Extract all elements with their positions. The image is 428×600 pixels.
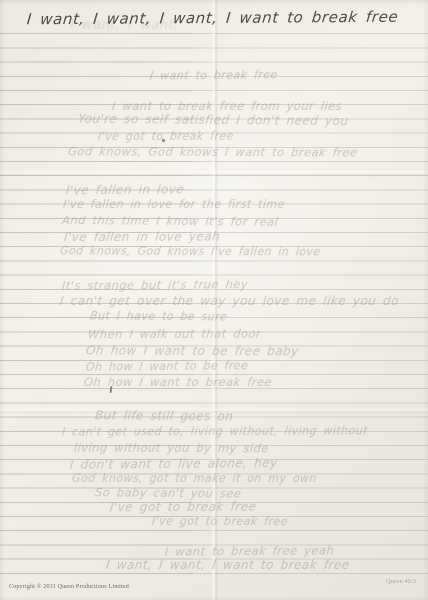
faint-lyric-line: But I have to be sure bbox=[89, 309, 228, 323]
copyright-text: Copyright © 2011 Queen Productions Limit… bbox=[9, 584, 129, 590]
faint-lyric-line: I've got to break free bbox=[109, 500, 257, 515]
faint-lyric-line: It's strange but it's true hey bbox=[61, 277, 249, 293]
faint-lyric-line: God knows, God knows I want to break fre… bbox=[67, 144, 358, 159]
faint-lyric-line: I've fallen in love for the first time bbox=[62, 198, 285, 211]
pen-mark bbox=[110, 386, 113, 393]
faint-lyric-line: God knows, got to make it on my own bbox=[71, 472, 317, 485]
ink-speck bbox=[162, 139, 165, 142]
faint-lyric-line: living without you by my side bbox=[73, 441, 269, 456]
faint-lyric-line: But life still goes on bbox=[94, 408, 234, 423]
faint-lyric-line: When I walk out that door bbox=[87, 327, 262, 342]
faint-lyric-line: I don't want to live alone, hey bbox=[69, 456, 278, 472]
faint-lyric-line: I want to break free bbox=[149, 68, 278, 82]
faint-lyric-line: You're so self satisfied I don't need yo… bbox=[77, 112, 349, 128]
faint-lyric-line: I want, I want, I want to break free bbox=[105, 558, 350, 572]
scanned-lyric-sheet: I want, I want, I want, I want, I want, … bbox=[0, 0, 428, 600]
faint-lyric-line: Oh how I want to be free baby bbox=[85, 344, 299, 359]
faint-lyric-line: I want to break free yeah bbox=[164, 543, 335, 558]
faint-lyric-line: I want to break free from your lies bbox=[111, 99, 343, 113]
faint-lyric-line: I can't get used to, living without, liv… bbox=[61, 424, 368, 438]
faint-lyric-line: Oh how I want to be free bbox=[85, 359, 249, 373]
horizontal-fold-crease bbox=[0, 170, 428, 177]
faint-lyric-line: So baby can't you see bbox=[94, 485, 242, 500]
faint-lyric-line: And this time I know it's for real bbox=[61, 213, 279, 229]
faint-lyric-line: I've got to break free bbox=[97, 130, 234, 144]
faint-lyric-line: God knows, God knows I've fallen in love bbox=[59, 244, 321, 258]
faint-lyric-line: I've fallen in love yeah bbox=[63, 230, 221, 245]
faint-lyric-line: I've got to break free bbox=[151, 515, 288, 529]
faint-lyric-line: I can't get over the way you love me lik… bbox=[59, 294, 399, 308]
catalog-mark: Queen 40/3 bbox=[386, 578, 416, 585]
faint-lyric-line: I've fallen in love bbox=[65, 182, 185, 197]
handwritten-title-line: I want, I want, I want, I want to break … bbox=[26, 8, 399, 29]
